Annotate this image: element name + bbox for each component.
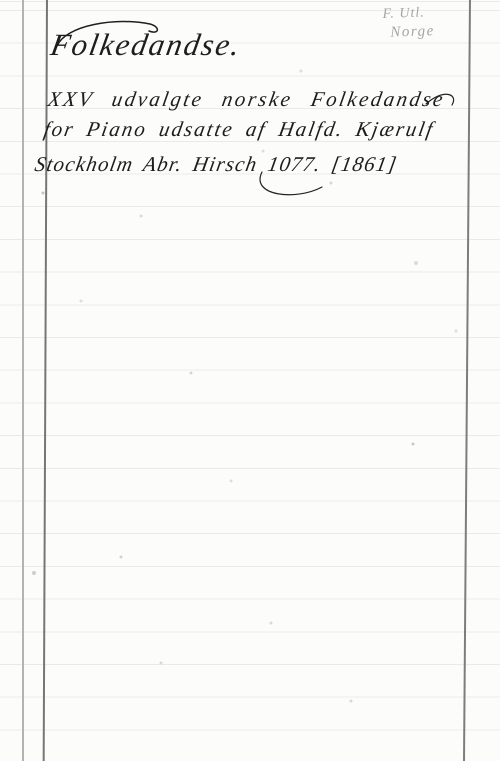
card-title: Folkedandse. — [48, 27, 244, 63]
pencil-annotation: F. Utl. Norge — [382, 4, 435, 42]
paper-specks — [0, 0, 2, 2]
catalog-card-scan: F. Utl. Norge Folkedandse. XXV udvalgte … — [0, 0, 500, 761]
right-margin-line — [463, 0, 471, 761]
left-margin-line-inner — [43, 0, 48, 761]
handwritten-line-2: for Piano udsatte af Halfd. Kjærulf — [42, 117, 436, 141]
left-margin-line-outer — [22, 0, 24, 761]
handwritten-line-1: XXV udvalgte norske Folkedandse — [46, 87, 447, 111]
pencil-annotation-line: Norge — [390, 22, 435, 42]
handwritten-line-3: Stockholm Abr. Hirsch 1077. [1861] — [33, 152, 399, 176]
handwriting-flourish-strokes — [0, 0, 500, 761]
pencil-annotation-line: F. Utl. — [382, 4, 434, 23]
